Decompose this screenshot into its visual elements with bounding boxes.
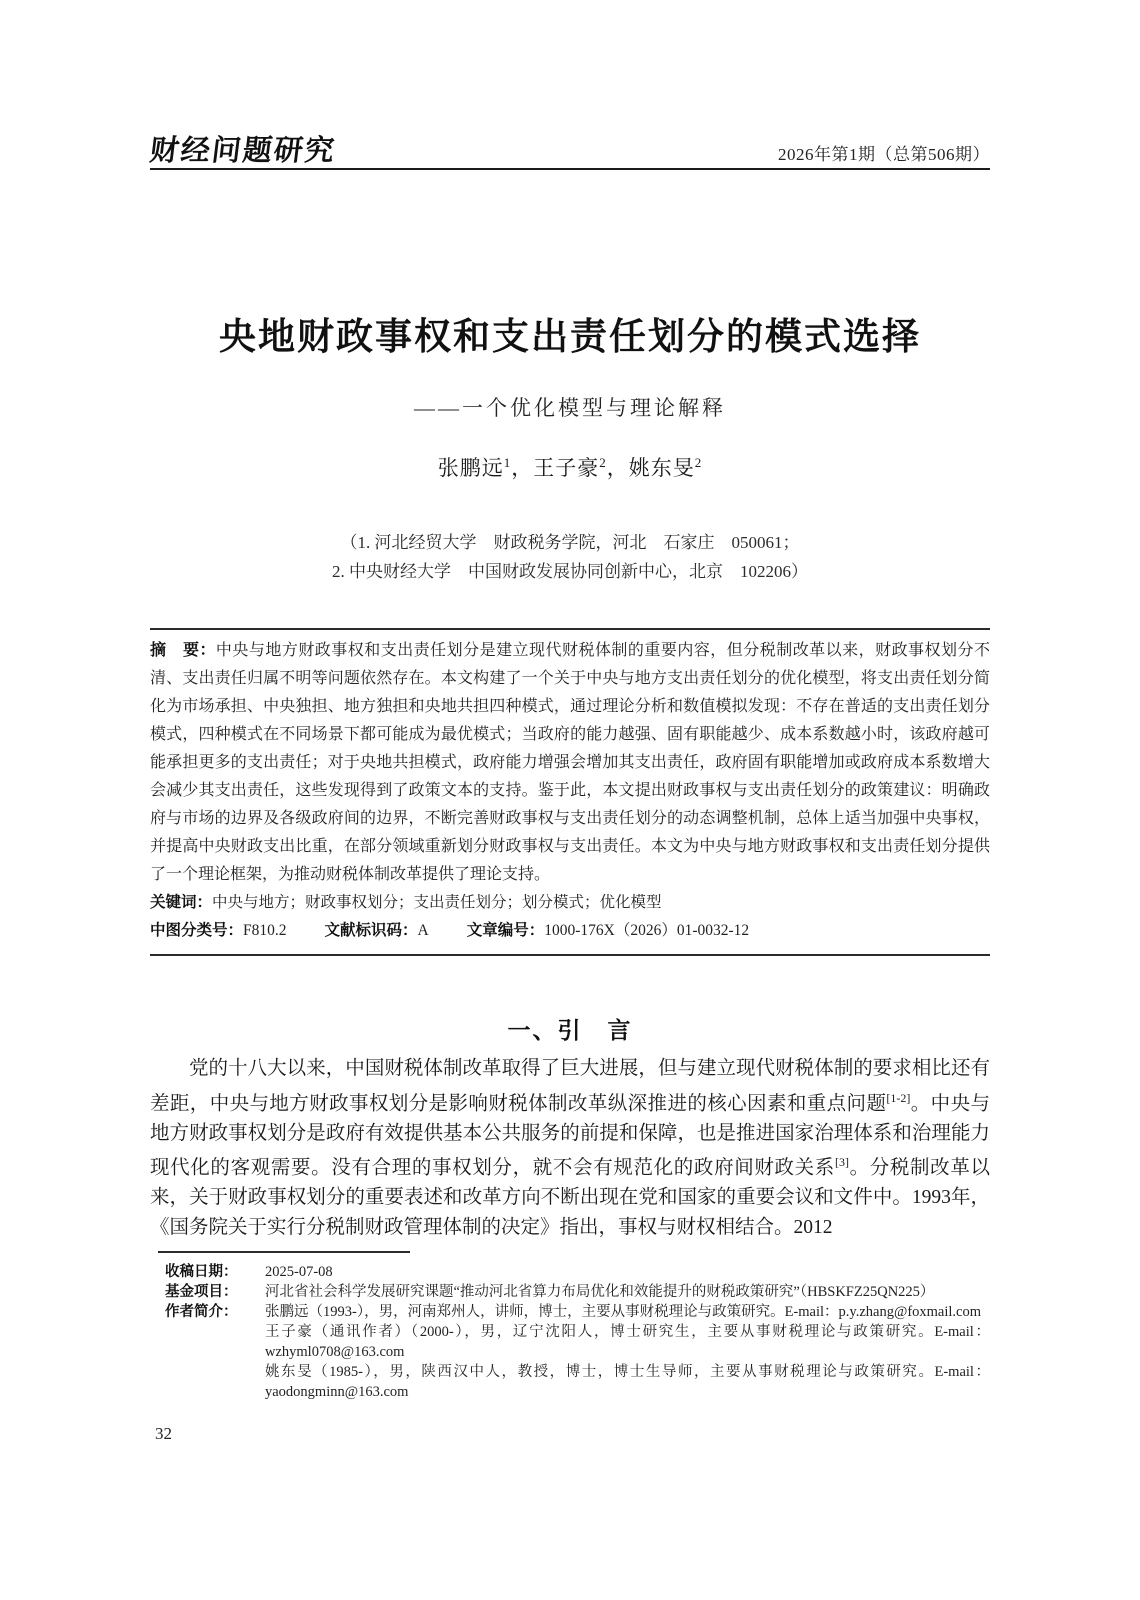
affiliation-line: （1. 河北经贸大学 财政税务学院，河北 石家庄 050061； [0, 528, 1140, 557]
body-text: 党的十八大以来，中国财税体制改革取得了巨大进展，但与建立现代财税体制的要求相比还… [150, 1058, 990, 1114]
article-id-group: 文章编号：1000-176X（2026）01-0032-12 [467, 917, 749, 945]
abstract-label: 摘 要： [150, 642, 216, 659]
citation-ref: [3] [835, 1155, 849, 1169]
received-date-value: 2025-07-08 [265, 1264, 333, 1280]
doc-code-label: 文献标识码： [325, 922, 418, 939]
journal-logo: 财经问题研究 [148, 135, 338, 165]
abstract-paragraph: 摘 要：中央与地方财政事权和支出责任划分是建立现代财税体制的重要内容，但分税制改… [150, 637, 990, 889]
clc-value: F810.2 [243, 922, 287, 939]
received-date-row: 收稿日期： 2025-07-08 [165, 1262, 990, 1282]
author-bio: 王子豪（通讯作者）（2000-），男，辽宁沈阳人，博士研究生，主要从事财税理论与… [265, 1322, 990, 1362]
paper-page: 财经问题研究 2026年第1期（总第506期） 央地财政事权和支出责任划分的模式… [0, 0, 1140, 1600]
keywords-label: 关键词： [150, 894, 212, 911]
keywords-text: 中央与地方；财政事权划分；支出责任划分；划分模式；优化模型 [212, 894, 662, 911]
abstract-box: 摘 要：中央与地方财政事权和支出责任划分是建立现代财税体制的重要内容，但分税制改… [150, 628, 990, 956]
author-line: 张鹏远1，王子豪2，姚东旻2 [0, 452, 1140, 482]
classification-line: 中图分类号：F810.2文献标识码：A文章编号：1000-176X（2026）0… [150, 917, 990, 945]
author-name: 姚东旻 [629, 456, 695, 480]
page-header: 财经问题研究 2026年第1期（总第506期） [150, 124, 990, 170]
article-id-value: 1000-176X（2026）01-0032-12 [544, 922, 749, 939]
clc-label: 中图分类号： [150, 922, 243, 939]
author-bio-row: 作者简介： 张鹏远（1993-），男，河南郑州人，讲师，博士，主要从事财税理论与… [165, 1302, 990, 1402]
section-heading-introduction: 一、引 言 [0, 1012, 1140, 1045]
keywords-line: 关键词：中央与地方；财政事权划分；支出责任划分；划分模式；优化模型 [150, 889, 990, 917]
issue-info: 2026年第1期（总第506期） [778, 140, 990, 165]
author-name: 张鹏远 [438, 456, 504, 480]
author-separator: ， [607, 456, 629, 480]
author-affil-mark: 2 [695, 455, 703, 470]
affiliations: （1. 河北经贸大学 财政税务学院，河北 石家庄 050061； 2. 中央财经… [0, 528, 1140, 586]
author-affil-mark: 2 [599, 455, 607, 470]
clc-group: 中图分类号：F810.2 [150, 917, 287, 945]
fund-project-value: 河北省社会科学发展研究课题“推动河北省算力布局优化和效能提升的财税政策研究”（H… [265, 1284, 934, 1300]
author-bio: 张鹏远（1993-），男，河南郑州人，讲师，博士，主要从事财税理论与政策研究。E… [265, 1302, 990, 1322]
received-date-label: 收稿日期： [165, 1262, 265, 1282]
doc-code-group: 文献标识码：A [325, 917, 429, 945]
author-bio-label: 作者简介： [165, 1302, 265, 1322]
fund-project-label: 基金项目： [165, 1282, 265, 1302]
article-title: 央地财政事权和支出责任划分的模式选择 [0, 306, 1140, 360]
footnotes: 收稿日期： 2025-07-08 基金项目： 河北省社会科学发展研究课题“推动河… [165, 1262, 990, 1402]
abstract-text: 中央与地方财政事权和支出责任划分是建立现代财税体制的重要内容，但分税制改革以来，… [150, 642, 990, 883]
article-subtitle: ——一个优化模型与理论解释 [0, 392, 1140, 422]
body-paragraph: 党的十八大以来，中国财税体制改革取得了巨大进展，但与建立现代财税体制的要求相比还… [150, 1054, 990, 1242]
citation-ref: [1-2] [886, 1091, 910, 1105]
fund-project-row: 基金项目： 河北省社会科学发展研究课题“推动河北省算力布局优化和效能提升的财税政… [165, 1282, 990, 1302]
footnote-separator [158, 1251, 410, 1253]
author-separator: ， [511, 456, 533, 480]
page-number: 32 [155, 1424, 172, 1444]
article-id-label: 文章编号： [467, 922, 545, 939]
author-name: 王子豪 [533, 456, 599, 480]
author-bio: 姚东旻（1985-），男，陕西汉中人，教授，博士，博士生导师，主要从事财税理论与… [265, 1362, 990, 1402]
affiliation-line: 2. 中央财经大学 中国财政发展协同创新中心，北京 102206） [0, 557, 1140, 586]
doc-code-value: A [418, 922, 429, 939]
